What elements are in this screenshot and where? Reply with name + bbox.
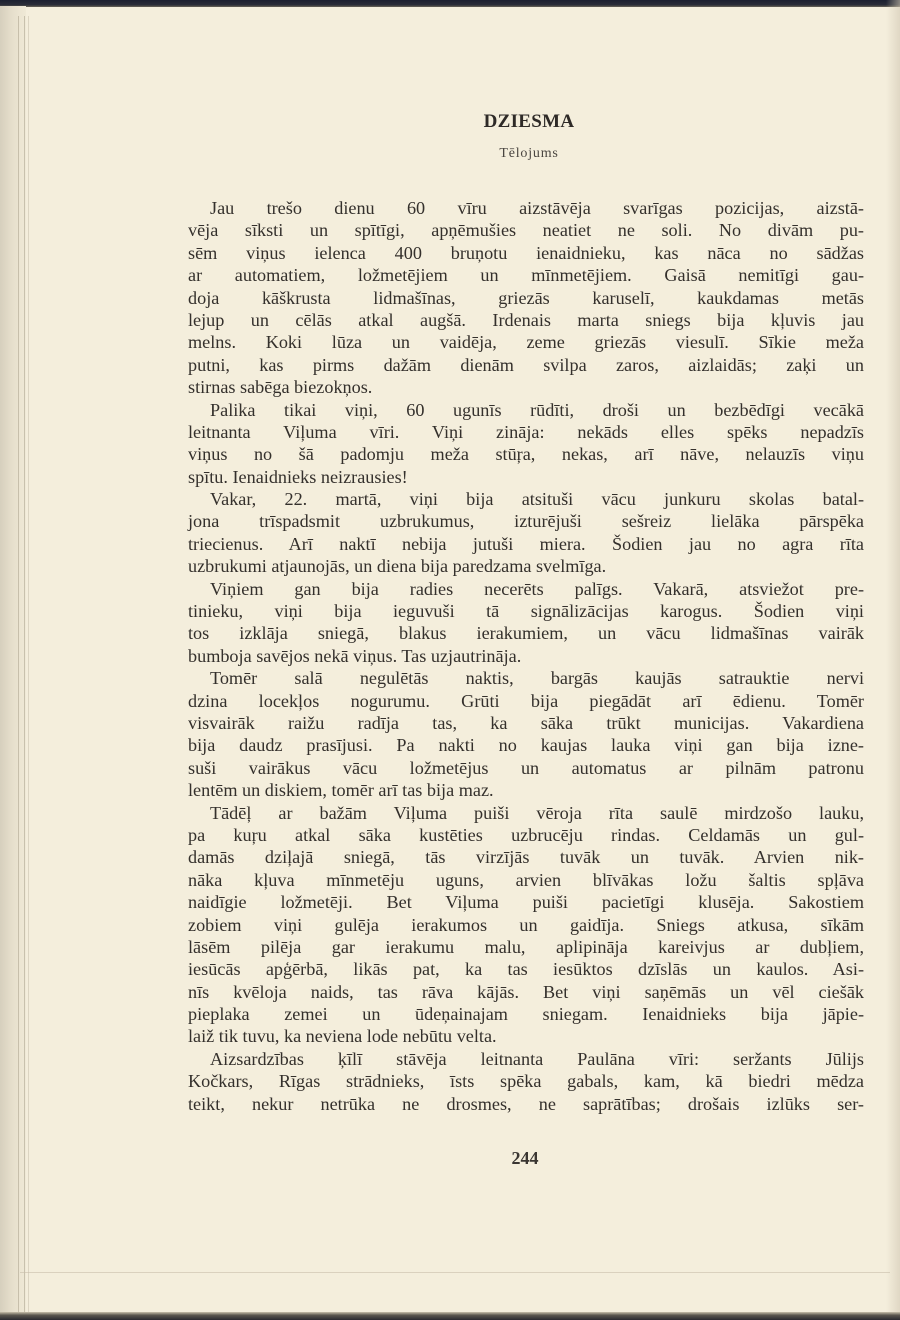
text-line: visvairāk raižu radīja tas, ka sāka trūk… <box>188 712 864 734</box>
text-line: leitnanta Viļuma vīri. Viņi zināja: nekā… <box>188 421 864 443</box>
text-line: doja kāškrusta lidmašīnas, griezās karus… <box>188 287 864 309</box>
text-line: Aizsardzības ķīlī stāvēja leitnanta Paul… <box>188 1048 864 1070</box>
text-line: Kočkars, Rīgas strādnieks, īsts spēka ga… <box>188 1070 864 1092</box>
text-line: ar automatiem, ložmetējiem un mīnmetējie… <box>188 264 864 286</box>
text-line: jona trīspadsmit uzbrukumus, izturējuši … <box>188 510 864 532</box>
text-line: Tādēļ ar bažām Viļuma puiši vēroja rīta … <box>188 802 864 824</box>
body-text: Jau trešo dienu 60 vīru aizstāvēja svarī… <box>188 197 864 1115</box>
text-line: viņus no šā padomju meža stūŗa, nekas, a… <box>188 443 864 465</box>
text-line: uzbrukumi atjaunojās, un diena bija pare… <box>188 555 864 577</box>
text-line: teikt, nekur netrūka ne drosmes, ne sapr… <box>188 1093 864 1115</box>
text-line: laiž tik tuvu, ka neviena lode nebūtu ve… <box>188 1025 864 1047</box>
text-line: Tomēr salā negulētās naktis, bargās kauj… <box>188 667 864 689</box>
page-number: 244 <box>0 1148 900 1169</box>
text-line: damās dziļajā sniegā, tās virzījās tuvāk… <box>188 846 864 868</box>
text-line: lejup un cēlās atkal augšā. Irdenais mar… <box>188 309 864 331</box>
text-line: naidīgie ložmetēji. Bet Viļuma puiši pac… <box>188 891 864 913</box>
text-line: nāka kļuva mīnmetēju uguns, arvien blīvā… <box>188 869 864 891</box>
text-line: lentēm un diskiem, tomēr arī tas bija ma… <box>188 779 864 801</box>
text-line: bija daudz prasījusi. Pa nakti no kaujas… <box>188 734 864 756</box>
text-line: spītu. Ienaidnieks neizrausies! <box>188 466 864 488</box>
text-line: tinieku, viņi bija ieguvuši tā signālizā… <box>188 600 864 622</box>
text-line: pieplaka zemei un ūdeņainajam sniegam. I… <box>188 1003 864 1025</box>
text-line: nīs kvēloja naids, tas rāva kājās. Bet v… <box>188 981 864 1003</box>
text-line: melns. Koki lūza un vaidēja, zeme griezā… <box>188 331 864 353</box>
text-line: Viņiem gan bija radies necerēts palīgs. … <box>188 578 864 600</box>
text-line: Jau trešo dienu 60 vīru aizstāvēja svarī… <box>188 197 864 219</box>
text-line: sēm viņus ielenca 400 bruņotu ienaidniek… <box>188 242 864 264</box>
text-line: lāsēm pilēja gar ierakumu malu, aplipinā… <box>188 936 864 958</box>
text-line: bumboja savējos nekā viņus. Tas uzjautri… <box>188 645 864 667</box>
text-line: dzina locekļos nogurumu. Grūti bija pieg… <box>188 690 864 712</box>
text-line: pa kuŗu atkal sāka kustēties uzbrucēju r… <box>188 824 864 846</box>
text-line: iesūcās apģērbā, likās pat, ka tas iesūk… <box>188 958 864 980</box>
chapter-title: DZIESMA <box>0 111 900 133</box>
text-line: tos izklāja sniegā, blakus ierakumiem, u… <box>188 622 864 644</box>
chapter-subtitle: Tēlojums <box>0 146 900 162</box>
text-line: Vakar, 22. martā, viņi bija atsituši vāc… <box>188 488 864 510</box>
text-line: vēja sīksti un spītīgi, apņēmušies neati… <box>188 219 864 241</box>
text-line: Palika tikai viņi, 60 ugunīs rūdīti, dro… <box>188 399 864 421</box>
book-page: DZIESMA Tēlojums Jau trešo dienu 60 vīru… <box>0 0 900 1320</box>
text-line: zobiem viņi gulēja ierakumos un gaidīja.… <box>188 914 864 936</box>
text-line: putni, kas pirms dažām dienām svilpa zar… <box>188 354 864 376</box>
text-line: stirnas sabēga biezokņos. <box>188 376 864 398</box>
text-line: triecienus. Arī naktī nebija jutuši mier… <box>188 533 864 555</box>
text-line: suši vairākus vācu ložmetējus un automat… <box>188 757 864 779</box>
